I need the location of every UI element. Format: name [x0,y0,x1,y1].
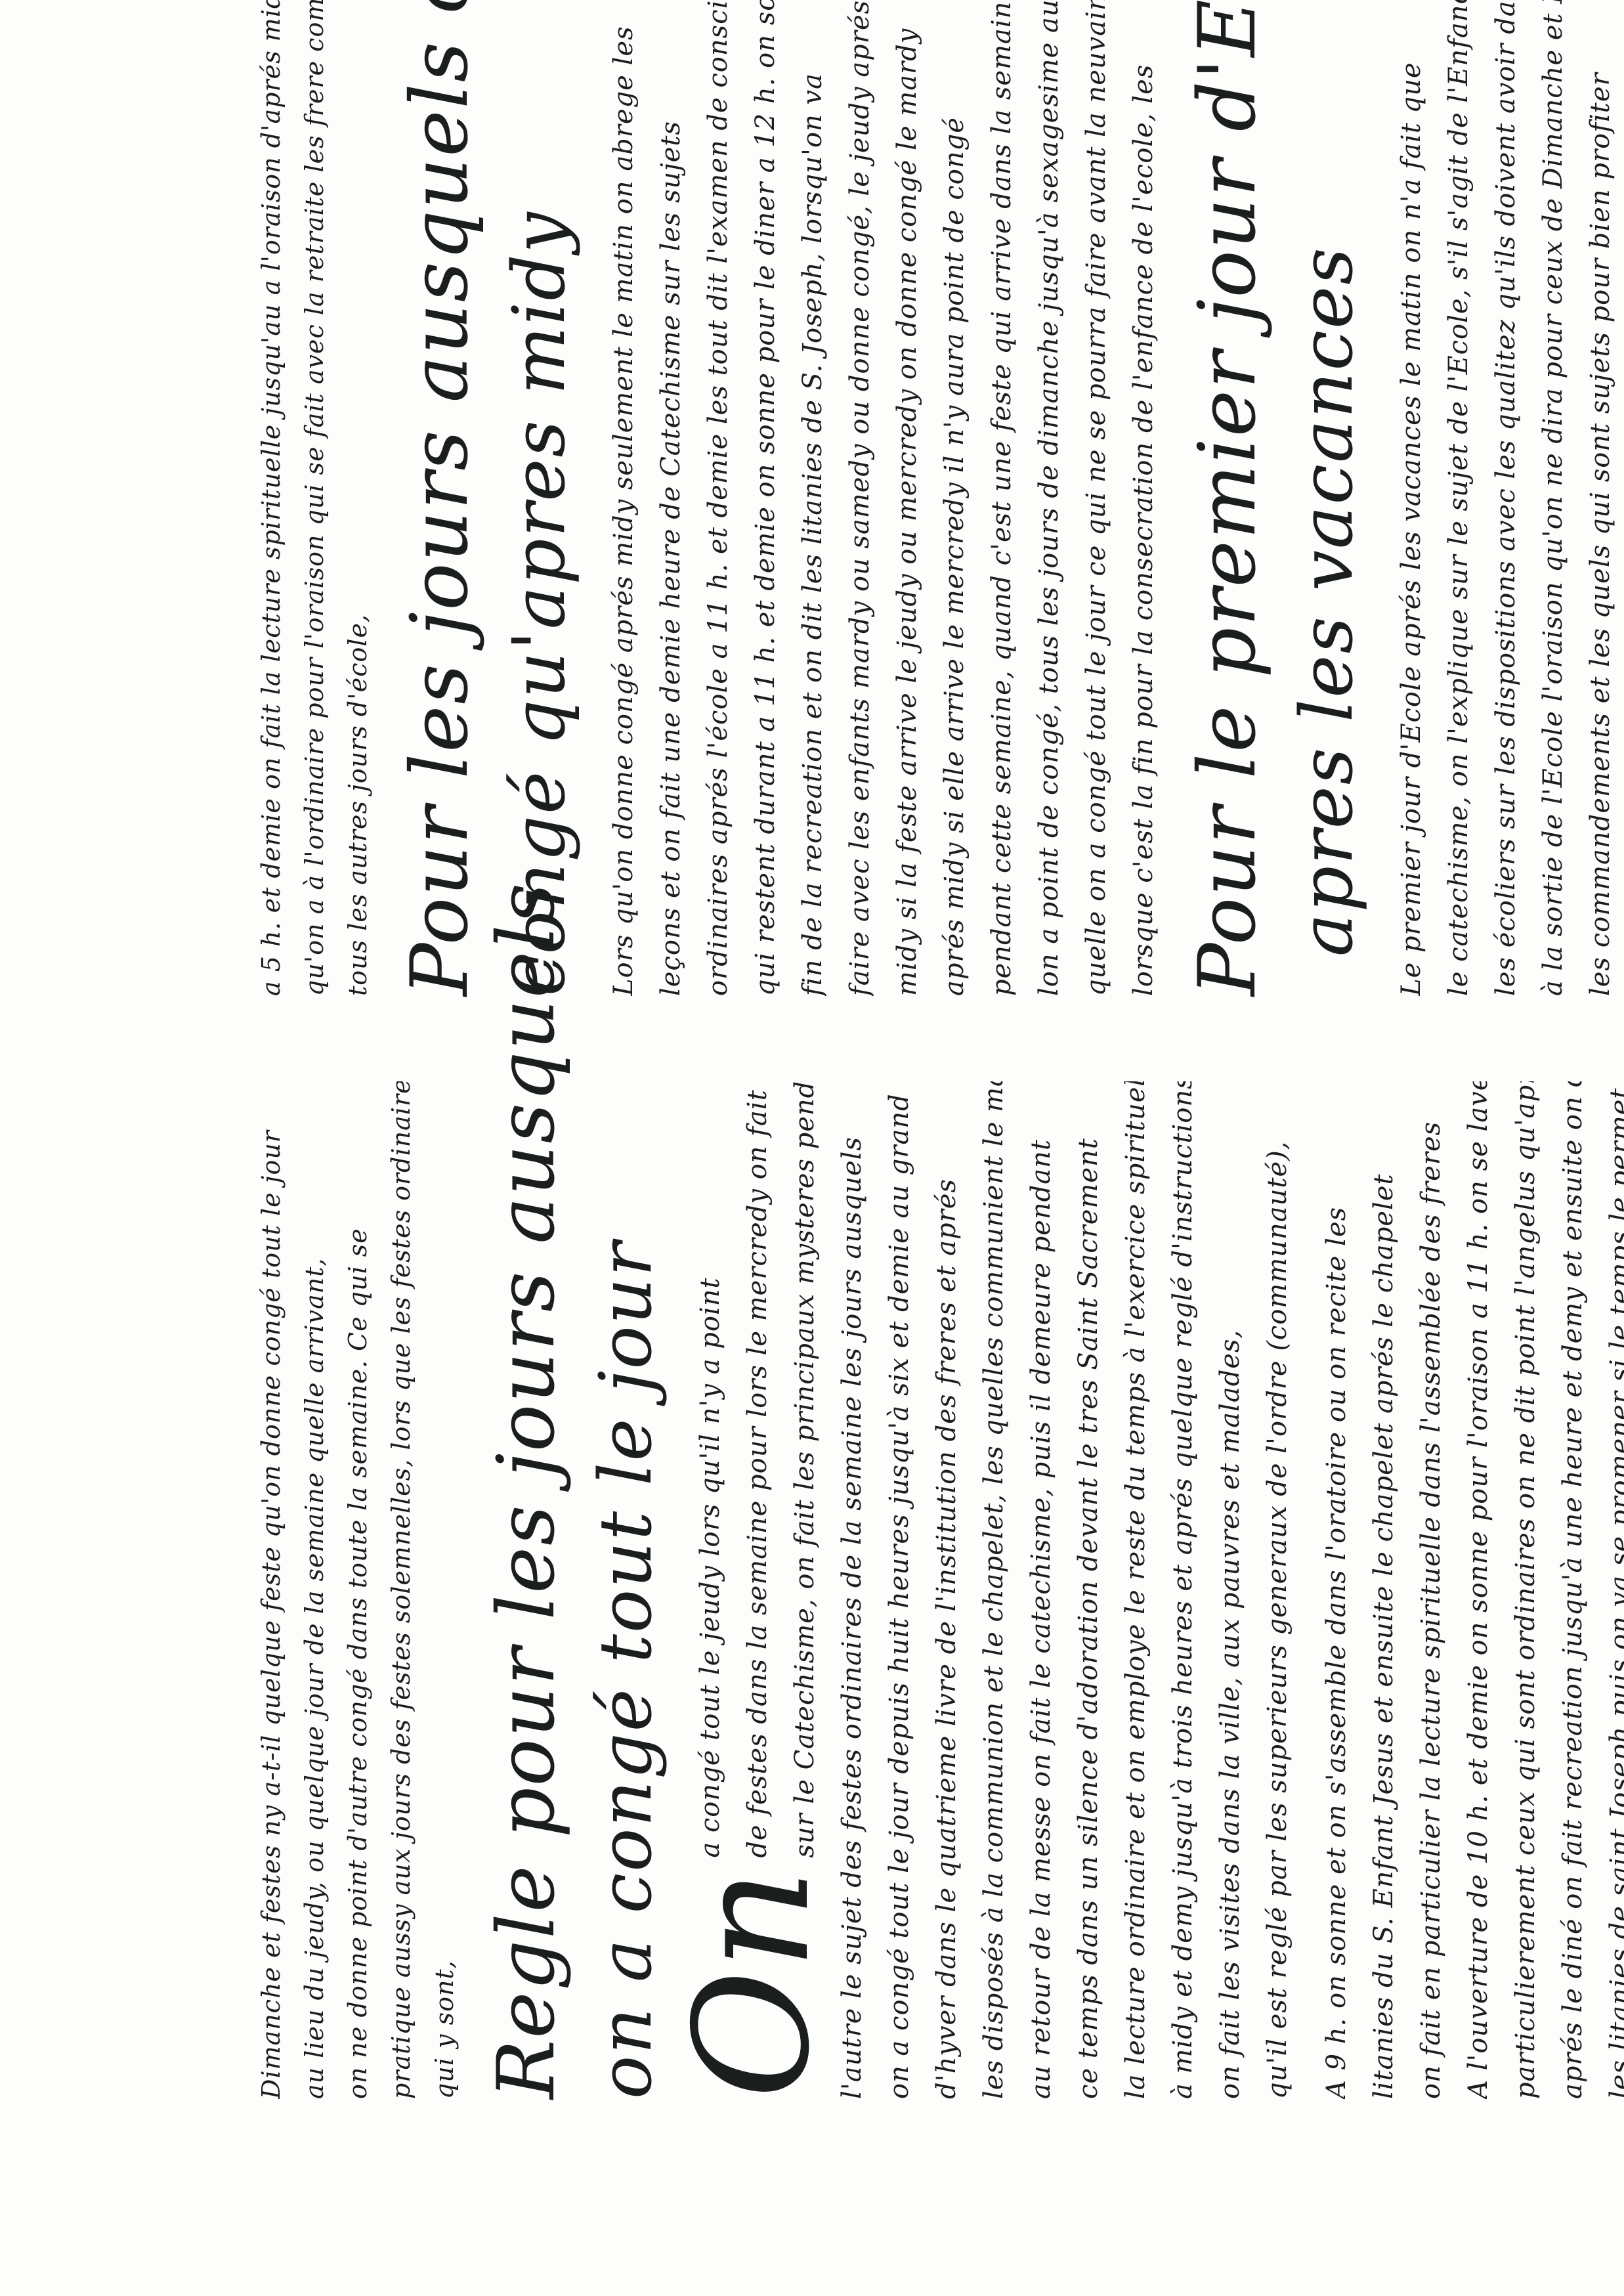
text-line: pendant cette semaine, quand c'est une f… [978,0,1025,996]
text-line: on fait les visites dans la ville, aux p… [1207,1081,1254,2099]
text-line: Lors qu'on donne congé aprés midy seulem… [600,0,647,996]
right-section-heading-1: Pour les jours ausquels on a— congé qu'a… [391,0,588,996]
text-line: tous les autres jours d'école, [336,0,379,996]
left-body-paragraph-2: A 9 h. on sonne et on s'assemble dans l'… [1313,1081,1624,2099]
text-line: lon a point de congé, tous les jours de … [1025,0,1073,996]
text-line: A l'ouverture de 10 h. et demie on sonne… [1455,1081,1502,2099]
text-line: qu'il est reglé par les superieurs gener… [1254,1081,1301,2099]
text-line: ordinaires aprés l'école a 11 h. et demi… [694,0,742,996]
text-line: à midy et demy jusqu'à trois heures et a… [1159,1081,1207,2099]
left-body-paragraph: On a congé tout le jeudy lors qu'il n'y … [687,1081,1301,2099]
text-line: de festes dans la semaine pour lors le m… [734,1081,781,1858]
heading-line: Regle pour les jours ausquels [478,1081,576,2099]
text-line: sur le Catechisme, on fait les principau… [781,1081,828,1858]
text-line: a 5 h. et demie on fait la lecture spiri… [249,0,293,996]
text-line: ce temps dans un silence d'adoration dev… [1065,1081,1112,2099]
text-line: litanies du S. Enfant Jesus et ensuite l… [1360,1081,1407,2099]
text-line: qui y sont, [423,1081,466,2099]
text-line: les écoliers sur les dispositions avec l… [1482,0,1529,996]
text-line: qu'on a à l'ordinaire pour l'oraison qui… [293,0,336,996]
text-line: à la sortie de l'Ecole l'oraison qu'on n… [1529,0,1577,996]
heading-line: on a congé tout le jour [576,1081,675,2099]
heading-line: congé qu'apres midy [490,0,588,996]
text-line: Le premier jour d'Ecole aprés les vacanc… [1388,0,1435,996]
text-line: l'autre le sujet des festes ordinaires d… [828,1081,876,2099]
text-line: au retour de la messe on fait le catechi… [1017,1081,1065,2099]
text-line: aprés midy si elle arrive le mercredy il… [931,0,978,996]
text-line: quelle on a congé tout le jour ce qui ne… [1073,0,1120,996]
text-line: d'hyver dans le quatrieme livre de l'ins… [923,1081,970,2099]
text-line: a congé tout le jeudy lors qu'il n'y a p… [687,1081,734,1858]
left-section-heading: Regle pour les jours ausquels on a congé… [478,1081,675,2099]
text-line: fin de la recreation et on dit les litan… [789,0,836,996]
text-line: pratique aussy aux jours des festes sole… [379,1081,423,2099]
heading-line: Pour les jours ausquels on a— [391,0,490,996]
text-line: la lecture ordinaire et on employe le re… [1112,1081,1159,2099]
text-line: les litanies de saint Joseph puis on va … [1596,1081,1624,2099]
decorated-initial: On [687,1869,818,2099]
text-line: lorsque c'est la fin pour la consecratio… [1120,0,1167,996]
left-page: Dimanche et festes ny a-t-il quelque fes… [249,1081,1431,2099]
heading-line: Pour le premier jour d'Ecole — [1179,0,1277,996]
text-line: A 9 h. on sonne et on s'assemble dans l'… [1313,1081,1360,2099]
text-line: les disposés à la communion et le chapel… [970,1081,1017,2099]
text-line: faire avec les enfants mardy ou samedy o… [836,0,884,996]
right-intro-paragraph: a 5 h. et demie on fait la lecture spiri… [249,0,379,996]
heading-line: apres les vacances [1277,0,1376,996]
text-line: particulierement ceux qui sont ordinaire… [1502,1081,1549,2099]
text-line: leçons et on fait une demie heure de Cat… [647,0,694,996]
text-line: au lieu du jeudy, ou quelque jour de la … [293,1081,336,2099]
manuscript-scan: Dimanche et festes ny a-t-il quelque fes… [0,0,1624,2296]
text-line: les commandements et les quels qui sont … [1577,0,1624,996]
text-line: Dimanche et festes ny a-t-il quelque fes… [249,1081,293,2099]
right-section-heading-2: Pour le premier jour d'Ecole — apres les… [1179,0,1376,996]
text-line: midy si la feste arrive le jeudy ou merc… [884,0,931,996]
right-body-paragraph-1: Lors qu'on donne congé aprés midy seulem… [600,0,1167,996]
text-line: le catechisme, on l'explique sur le suje… [1435,0,1482,996]
text-line: qui restent durant a 11 h. et demie on s… [742,0,789,996]
text-line: on fait en particulier la lecture spirit… [1407,1081,1455,2099]
text-line: on ne donne point d'autre congé dans tou… [336,1081,379,2099]
text-line: aprés le diné on fait recreation jusqu'à… [1549,1081,1596,2099]
left-intro-paragraph: Dimanche et festes ny a-t-il quelque fes… [249,1081,466,2099]
text-line: on a congé tout le jour depuis huit heur… [876,1081,923,2099]
rotated-manuscript-spread: Dimanche et festes ny a-t-il quelque fes… [0,0,1624,2296]
right-body-paragraph-2: Le premier jour d'Ecole aprés les vacanc… [1388,0,1624,996]
right-page: a 5 h. et demie on fait la lecture spiri… [249,0,1431,996]
